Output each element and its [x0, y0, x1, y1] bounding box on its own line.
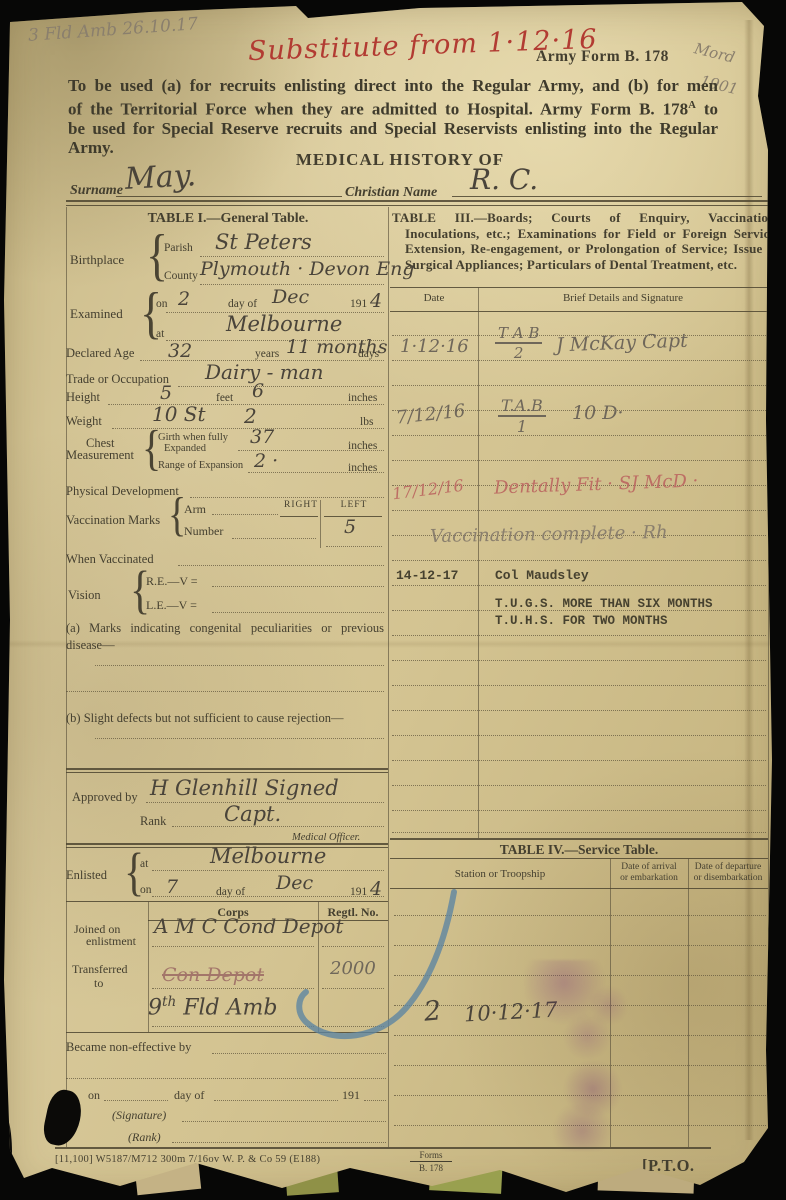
table3-entry-signature: 10 D·	[572, 402, 624, 424]
range-label: Range of Expansion	[158, 460, 243, 471]
form-number: Army Form B. 178	[536, 48, 669, 66]
examined-label: Examined	[70, 306, 123, 322]
dotted-line	[394, 1095, 766, 1096]
table3-entry-signature: J McKay Capt	[556, 330, 688, 357]
girth-value: 37	[250, 426, 274, 448]
table3-title: TABLE III.—Boards; Courts of Enquiry, Va…	[392, 210, 779, 272]
rank-parenthetical-label: (Rank)	[128, 1130, 161, 1145]
vaccination-number-value: 5	[344, 516, 356, 538]
transferred-unit-name: Fld Amb	[176, 995, 277, 1020]
day-of-label: day of	[174, 1088, 204, 1103]
girth-label-2: Expanded	[164, 443, 206, 454]
right-column-label: RIGHT	[282, 500, 320, 510]
feet-label: feet	[216, 392, 233, 404]
dotted-line	[392, 385, 766, 386]
dotted-line	[190, 497, 384, 498]
ink-stamp-remnant	[525, 960, 655, 1150]
enlisted-label: Enlisted	[66, 868, 107, 883]
departure-column-header: Date of departureor disembarkation	[690, 862, 766, 884]
non-effective-label: Became non-effective by	[66, 1040, 191, 1055]
rule	[390, 858, 768, 859]
transferred-second-value: 9th Fld Amb	[148, 994, 277, 1020]
departure-header-line1: Date of departure	[695, 862, 761, 872]
rule	[66, 768, 388, 770]
enlisted-day-value: 7	[166, 876, 178, 898]
table1-title: TABLE I.—General Table.	[70, 211, 386, 227]
usage-superscript: A	[688, 100, 696, 111]
inches-label: inches	[348, 440, 377, 452]
dotted-line	[152, 870, 384, 871]
departure-header-line2: or disembarkation	[694, 873, 763, 883]
table3-entry-date: 17/12/16	[391, 476, 465, 504]
usage-text: To be used (a) for recruits enlisting di…	[68, 76, 718, 118]
height-feet-value: 5	[160, 382, 172, 404]
table-border	[478, 287, 479, 838]
rule	[390, 838, 768, 840]
rank-value: Capt.	[224, 802, 281, 826]
weight-lbs-value: 2	[244, 404, 257, 428]
note-a: (a) Marks indicating congenital peculiar…	[66, 620, 384, 654]
dotted-line	[200, 256, 384, 257]
dotted-line	[394, 1065, 766, 1066]
age-value: 32	[168, 340, 192, 362]
top-left-pencil-note: 3 Fld Amb 26.10.17	[28, 14, 199, 46]
document-photo: 3 Fld Amb 26.10.17 Substitute from 1·12·…	[0, 0, 786, 1200]
printer-imprint: [11,100] W5187/M712 300m 7/16ov W. P. & …	[55, 1154, 320, 1165]
physical-development-label: Physical Development	[66, 484, 179, 499]
note-b: (b) Slight defects but not sufficient to…	[66, 710, 384, 727]
dotted-line	[392, 785, 766, 786]
arrival-header-line2: or embarkation	[620, 873, 678, 883]
table3-entry-text: Dentally Fit · SJ McD ·	[494, 470, 699, 498]
county-label: County	[164, 270, 198, 282]
transferred-struck-value: Con Depot	[162, 964, 264, 986]
parish-value: St Peters	[215, 230, 312, 254]
inoculation-fraction: T.A.B1	[498, 396, 546, 436]
surname-value: May.	[124, 158, 197, 197]
height-label: Height	[66, 390, 100, 405]
fraction-numerator: T.A.B	[498, 396, 546, 417]
rule	[390, 311, 768, 312]
dotted-line	[178, 565, 384, 566]
dotted-line	[392, 660, 766, 661]
year-printed: 191	[342, 1088, 360, 1103]
dotted-line	[66, 1078, 386, 1079]
inoculation-fraction: T A B2	[495, 324, 542, 362]
examined-month-value: Dec	[272, 286, 309, 308]
examined-at-label: at	[156, 328, 164, 340]
years-label: years	[255, 348, 279, 360]
table4-title: TABLE IV.—Service Table.	[390, 842, 768, 858]
table3-entry-date: 7/12/16	[395, 400, 466, 428]
girth-label: Girth when fully	[158, 432, 228, 443]
examined-on-label: on	[156, 298, 168, 310]
dotted-line	[392, 360, 766, 361]
dotted-line	[182, 1121, 386, 1122]
date-column-header: Date	[390, 292, 478, 304]
paper-damage-sliver	[0, 1118, 12, 1188]
dotted-line	[392, 560, 766, 561]
enlisted-at-label: at	[140, 858, 148, 870]
dotted-line	[392, 810, 766, 811]
signature-label: (Signature)	[112, 1108, 166, 1123]
enlisted-on-label: on	[140, 884, 152, 896]
dotted-line	[392, 832, 766, 833]
table3-entry-text: T.U.G.S. MORE THAN SIX MONTHS	[495, 597, 713, 611]
fraction-numerator: T A B	[495, 324, 542, 344]
arrival-column-header: Date of arrivalor embarkation	[612, 862, 686, 884]
fraction-denominator: 2	[495, 344, 542, 362]
dotted-line	[392, 760, 766, 761]
vaccination-complete-note: Vaccination complete · Rh	[430, 522, 668, 547]
transferred-unit-number: 9	[148, 995, 162, 1020]
rule	[390, 287, 768, 288]
fraction-denominator: 1	[498, 417, 546, 436]
dotted-line	[212, 514, 278, 515]
rank-label: Rank	[140, 814, 166, 829]
form-paper: 3 Fld Amb 26.10.17 Substitute from 1·12·…	[0, 0, 786, 1200]
table3-entry-date: 14-12-17	[396, 568, 458, 583]
on-label: on	[88, 1088, 100, 1103]
chest-measurement-label: Measurement	[66, 448, 134, 463]
details-column-header: Brief Details and Signature	[478, 292, 768, 304]
medical-officer-label: Medical Officer.	[292, 832, 360, 843]
rule	[66, 205, 770, 206]
table-border	[320, 500, 321, 548]
dotted-line	[95, 665, 384, 666]
rule	[280, 516, 318, 517]
dotted-line	[104, 1100, 168, 1101]
surname-label: Surname	[70, 183, 123, 199]
christian-name-label: Christian Name	[345, 185, 437, 201]
dotted-line	[178, 386, 384, 387]
dotted-line	[392, 635, 766, 636]
transferred-unit-ordinal: th	[162, 994, 176, 1010]
dotted-line	[214, 1100, 338, 1101]
dotted-line	[232, 538, 316, 539]
lbs-label: lbs	[360, 416, 373, 428]
dotted-line	[212, 586, 384, 587]
paper-crease	[744, 20, 754, 1140]
parish-label: Parish	[164, 242, 193, 254]
joined-on-enlistment-label-2: enlistment	[86, 934, 136, 949]
inches-label: inches	[348, 462, 377, 474]
dotted-line	[392, 510, 766, 511]
dotted-line	[394, 1125, 766, 1126]
year-printed: 191	[350, 298, 367, 310]
trade-value: Dairy - man	[205, 360, 323, 384]
height-inches-value: 6	[252, 380, 264, 402]
dotted-line	[172, 1142, 386, 1143]
forms-reference: Forms B. 178	[410, 1150, 452, 1173]
approved-by-value: H Glenhill Signed	[150, 776, 339, 800]
vaccination-marks-label: Vaccination Marks	[66, 513, 160, 528]
dotted-line	[172, 826, 384, 827]
day-of-label: day of	[228, 298, 257, 310]
vision-right-eye-label: R.E.—V =	[146, 574, 198, 589]
dotted-line	[95, 738, 384, 739]
county-value: Plymouth · Devon Eng	[200, 258, 414, 280]
rule	[66, 772, 388, 773]
dotted-line	[326, 546, 382, 547]
days-label: days	[358, 348, 379, 360]
table3-entry-date: 1·12·16	[400, 336, 469, 357]
arm-label: Arm	[184, 502, 206, 517]
declared-age-label: Declared Age	[66, 346, 134, 361]
dotted-line	[392, 710, 766, 711]
dotted-line	[66, 691, 384, 692]
number-label: Number	[184, 524, 223, 539]
service-note-date: 10·12·17	[463, 998, 558, 1027]
left-column-label: LEFT	[330, 500, 378, 510]
birthplace-label: Birthplace	[70, 252, 124, 268]
vision-label: Vision	[68, 588, 101, 603]
dotted-line	[392, 435, 766, 436]
weight-label: Weight	[66, 414, 102, 429]
table-border	[768, 207, 769, 1147]
dotted-line	[200, 284, 384, 285]
trade-label: Trade or Occupation	[66, 372, 169, 387]
rule	[66, 200, 770, 202]
range-value: 2 ·	[254, 450, 278, 472]
forms-reference-top: Forms	[410, 1150, 452, 1162]
table-border	[688, 858, 689, 1147]
christian-name-value: R. C.	[470, 163, 538, 196]
table3-entry-text: Col Maudsley	[495, 568, 589, 583]
transferred-to-label: Transferred	[72, 962, 128, 977]
usage-note: To be used (a) for recruits enlisting di…	[68, 76, 718, 158]
enlisted-place-value: Melbourne	[210, 844, 326, 868]
approved-by-label: Approved by	[72, 790, 138, 805]
table3-entry-text: T.U.H.S. FOR TWO MONTHS	[495, 614, 668, 628]
transferred-to-label-2: to	[94, 976, 103, 991]
dotted-line	[392, 460, 766, 461]
top-right-pencil-note: Mord	[692, 39, 736, 66]
inches-label: inches	[348, 392, 377, 404]
paper-damage-hole	[41, 1087, 86, 1149]
dotted-line	[392, 585, 766, 586]
examined-day-value: 2	[178, 288, 190, 310]
examined-year-value: 4	[370, 290, 382, 312]
blue-pencil-mark	[282, 878, 472, 1063]
examined-place-value: Melbourne	[226, 312, 342, 336]
rule	[452, 196, 762, 197]
table-border	[610, 858, 611, 1147]
rule	[55, 1147, 711, 1149]
vision-left-eye-label: L.E.—V =	[146, 598, 197, 613]
rule	[116, 196, 342, 197]
dotted-line	[392, 735, 766, 736]
dotted-line	[212, 612, 384, 613]
forms-reference-bottom: B. 178	[410, 1162, 452, 1173]
dotted-line	[364, 1100, 386, 1101]
arrival-header-line1: Date of arrival	[621, 862, 676, 872]
dotted-line	[392, 685, 766, 686]
